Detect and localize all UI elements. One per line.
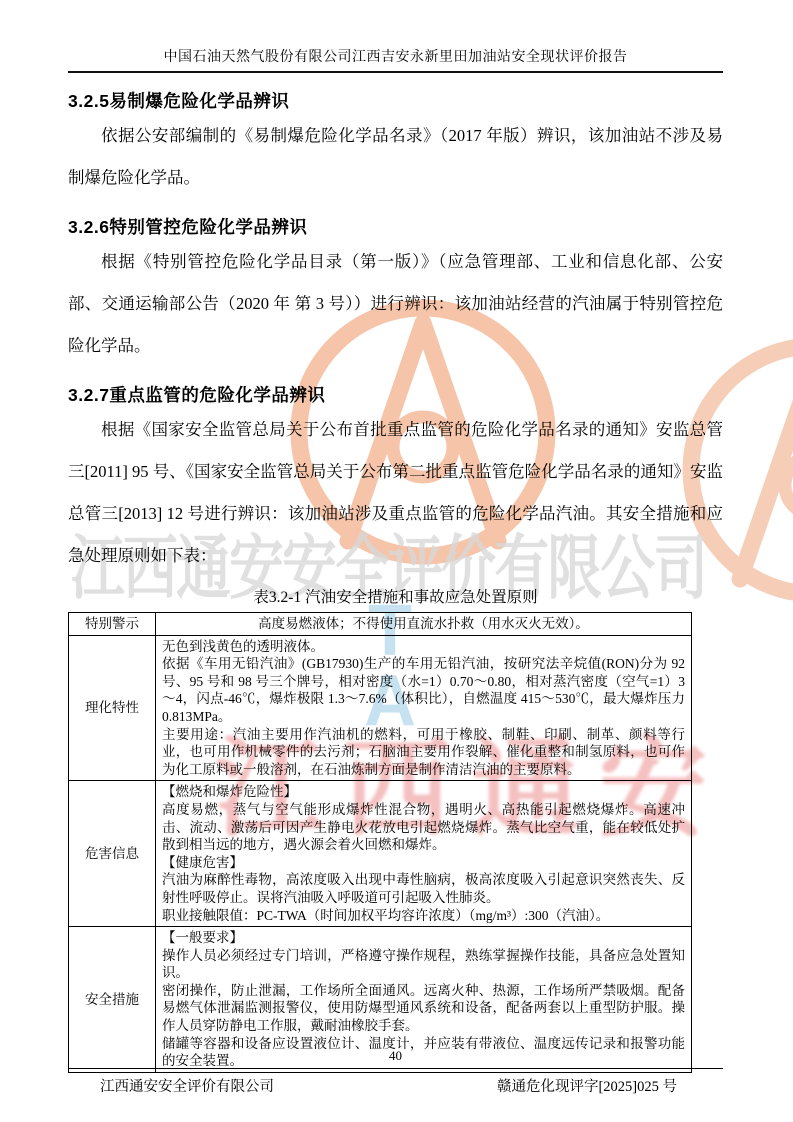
document-content: 中国石油天然气股份有限公司江西吉安永新里田加油站安全现状评价报告 3.2.5易制… [0,0,793,1073]
section-paragraph-3-2-6: 根据《特别管控危险化学品目录（第一版）》（应急管理部、工业和信息化部、公安部、交… [68,241,723,367]
footer-document-number: 赣通危化现评字[2025]025 号 [497,1075,677,1096]
row-label-physchem: 理化特性 [69,635,156,781]
row-content-special-warning: 高度易燃液体；不得使用直流水扑救（用水灭火无效）。 [156,613,692,636]
table-row: 特别警示 高度易燃液体；不得使用直流水扑救（用水灭火无效）。 [69,613,692,636]
page-footer: 40 江西通安安全评价有限公司 赣通危化现评字[2025]025 号 [68,1048,723,1096]
report-page: 江西通安安全评价有限公司 T A 江西通安 中国石油天然气股份有限公司江西吉安永… [0,0,793,1122]
table-row: 理化特性 无色到浅黄色的透明液体。 依据《车用无铅汽油》(GB17930)生产的… [69,635,692,781]
row-content-hazard-info: 【燃烧和爆炸危险性】 高度易燃，蒸气与空气能形成爆炸性混合物，遇明火、高热能引起… [156,781,692,927]
section-heading-3-2-6: 3.2.6特别管控危险化学品辨识 [68,214,723,239]
section-heading-3-2-5: 3.2.5易制爆危险化学品辨识 [68,88,723,113]
header-rule [68,71,723,73]
section-paragraph-3-2-7: 根据《国家安全监管总局关于公布首批重点监管的危险化学品名录的通知》安监总管三[2… [68,409,723,577]
row-label-special-warning: 特别警示 [69,613,156,636]
page-header-title: 中国石油天然气股份有限公司江西吉安永新里田加油站安全现状评价报告 [68,0,723,66]
row-content-physchem: 无色到浅黄色的透明液体。 依据《车用无铅汽油》(GB17930)生产的车用无铅汽… [156,635,692,781]
page-number: 40 [68,1048,723,1064]
table-row: 危害信息 【燃烧和爆炸危险性】 高度易燃，蒸气与空气能形成爆炸性混合物，遇明火、… [69,781,692,927]
row-label-hazard-info: 危害信息 [69,781,156,927]
table-caption: 表3.2-1 汽油安全措施和事故应急处置原则 [68,585,723,607]
gasoline-safety-table: 特别警示 高度易燃液体；不得使用直流水扑救（用水灭火无效）。 理化特性 无色到浅… [68,612,692,1073]
section-heading-3-2-7: 3.2.7重点监管的危险化学品辨识 [68,382,723,407]
footer-company-name: 江西通安安全评价有限公司 [100,1075,274,1096]
section-paragraph-3-2-5: 依据公安部编制的《易制爆危险化学品名录》（2017 年版）辨识，该加油站不涉及易… [68,115,723,199]
